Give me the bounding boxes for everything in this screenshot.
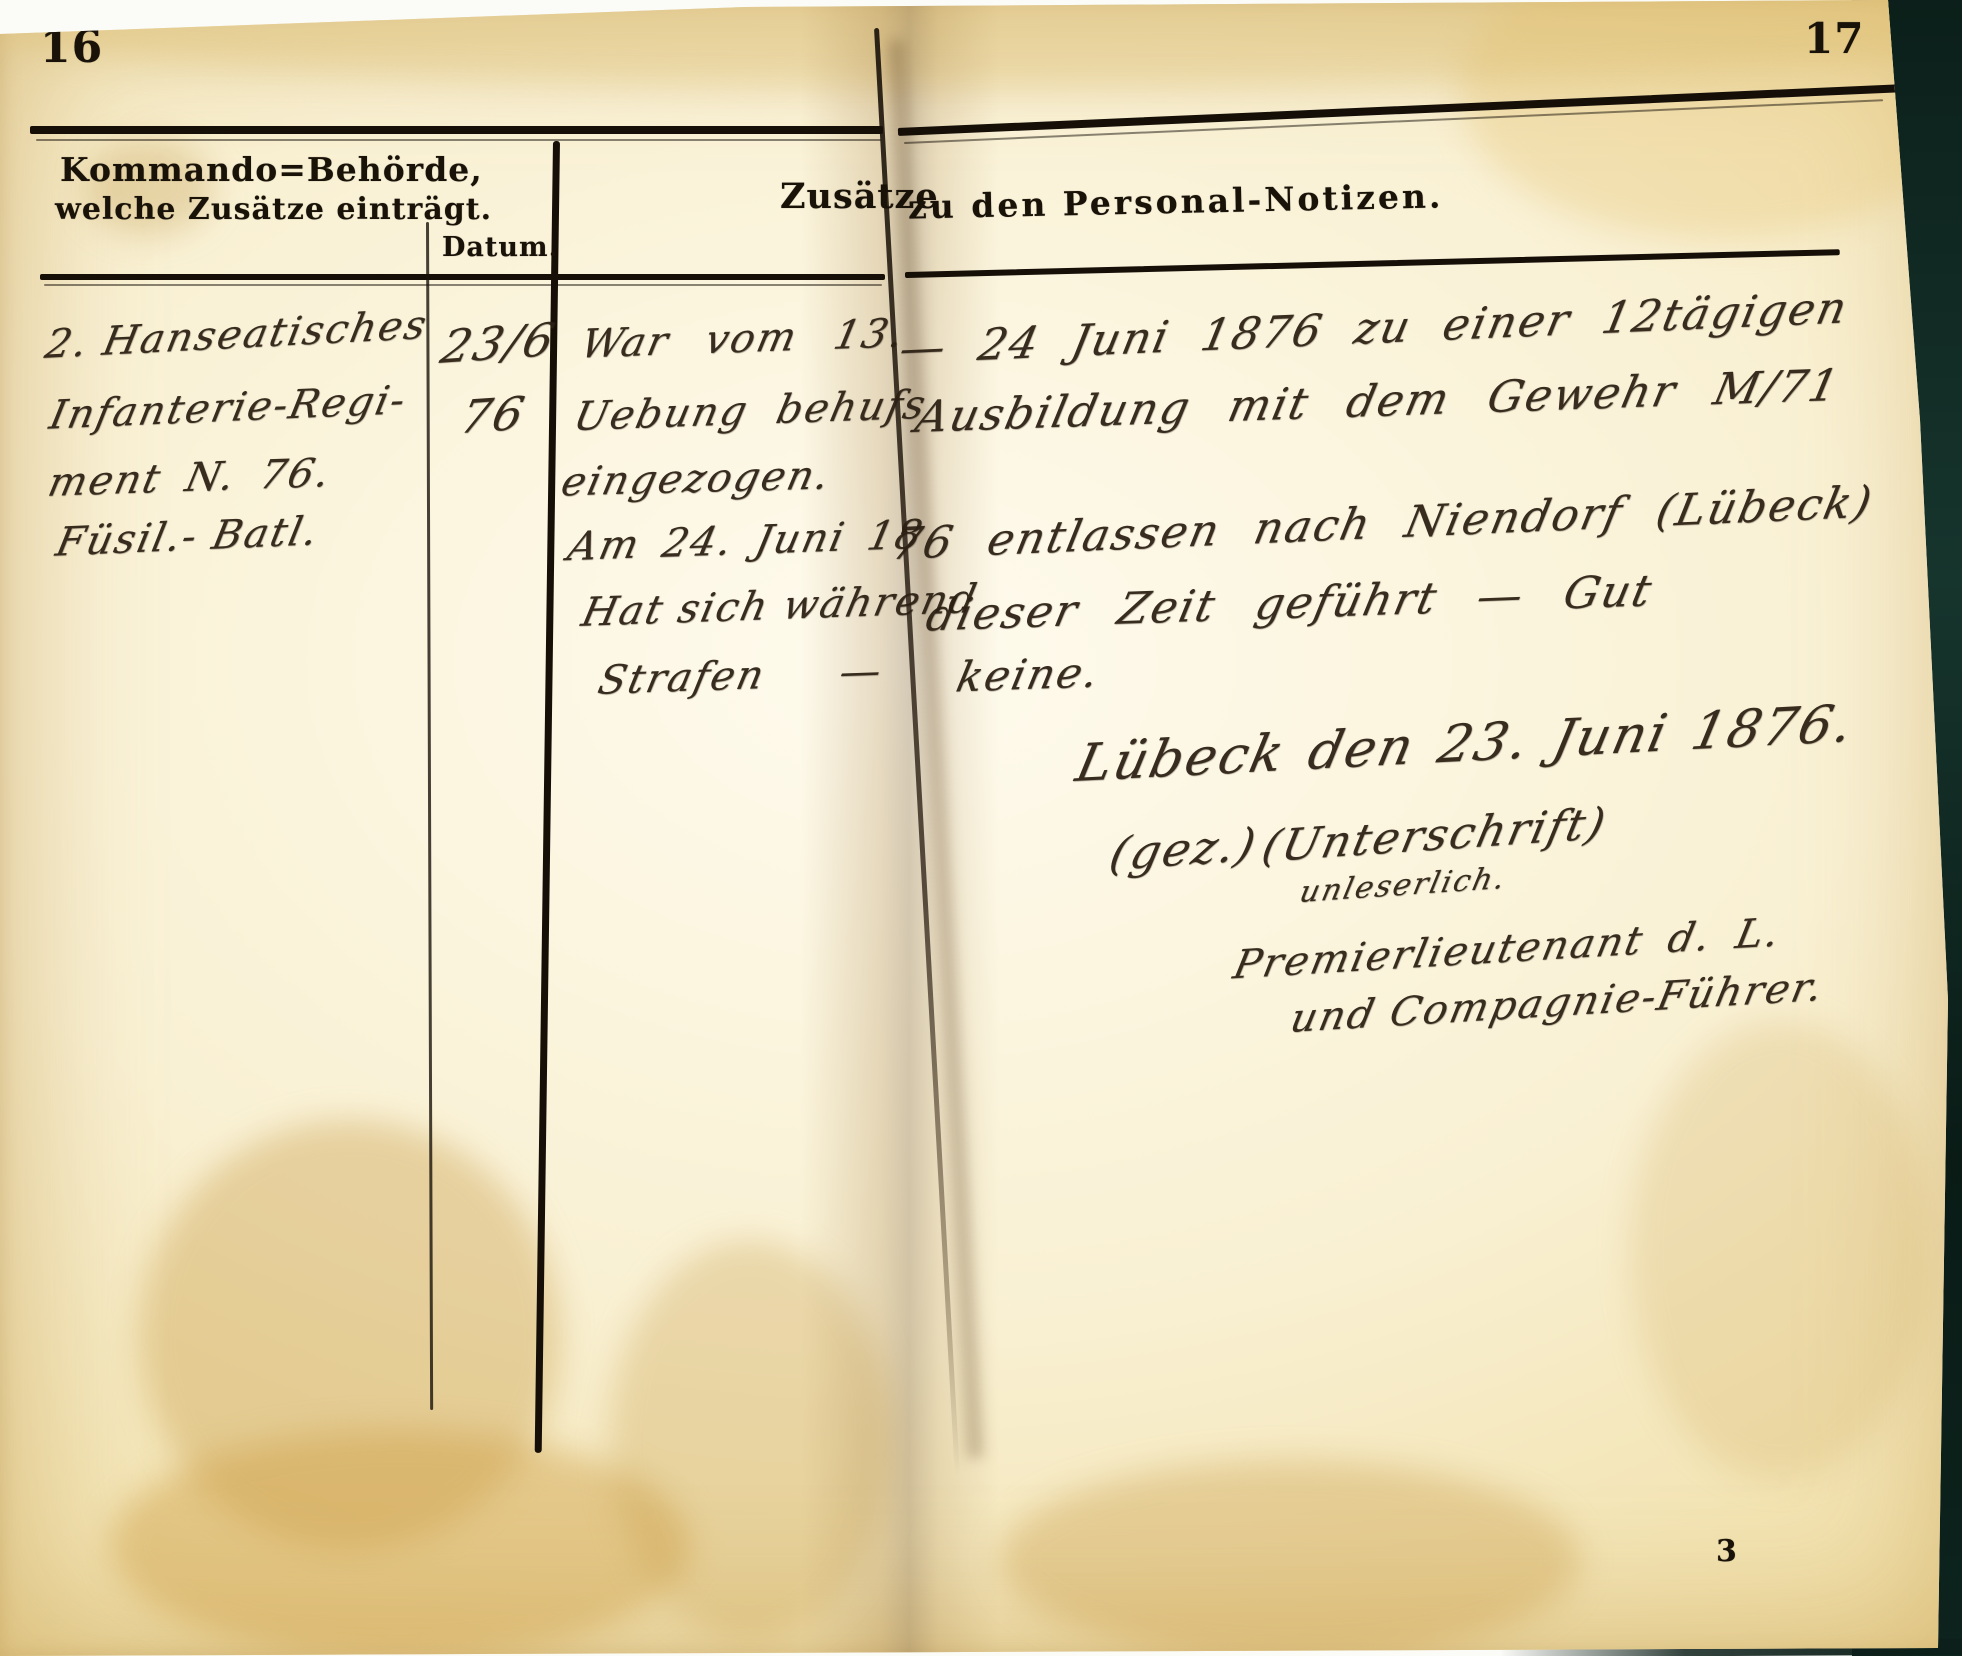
handwriting-authority-line: Infanterie-Regi-	[46, 377, 411, 438]
paper-stain	[110, 1430, 690, 1656]
datum-header: Datum.	[442, 232, 559, 263]
handwriting-date: 76	[456, 386, 531, 444]
handwriting-note-line: — 24 Juni 1876 zu einer 12tägigen	[895, 283, 1853, 375]
handwriting-zusatz-line: eingezogen.	[557, 453, 835, 506]
handwriting-gez: (gez.)	[1105, 817, 1263, 881]
page-number-left: 16	[40, 22, 103, 73]
handwriting-note-line: dieser Zeit geführt — Gut	[922, 565, 1658, 641]
left-top-rule-thin	[36, 139, 881, 141]
handwriting-note-line: keine.	[952, 648, 1105, 702]
handwriting-authority-line: Füsil.- Batl.	[52, 508, 323, 565]
handwriting-note-line: 76 entlassen nach Niendorf (Lübeck)	[888, 477, 1878, 570]
handwriting-dateline: Lübeck den 23. Juni 1876.	[1071, 694, 1860, 794]
paper-stain	[1630, 1020, 1930, 1480]
left-header-rule-thin	[44, 284, 882, 286]
paper-stain	[1000, 1460, 1580, 1656]
page-number-right: 17	[1804, 14, 1864, 63]
authority-header-line2: welche Zusätze einträgt.	[55, 192, 355, 227]
handwriting-unterschrift: (Unterschrift)	[1258, 798, 1612, 872]
handwriting-note-line: Ausbildung mit dem Gewehr M/71	[911, 360, 1845, 443]
left-top-rule	[30, 126, 883, 134]
authority-header-line1: Kommando=Behörde,	[60, 150, 350, 189]
handwriting-unleserlich: unleserlich.	[1296, 861, 1509, 910]
paper-spread: 16 Kommando=Behörde, welche Zusätze eint…	[0, 0, 1962, 1656]
sheet-mark: 3	[1716, 1534, 1738, 1569]
right-header-rule	[905, 249, 1840, 278]
handwriting-authority-line: ment N. 76.	[44, 450, 336, 506]
militaerpass-scan: 16 Kommando=Behörde, welche Zusätze eint…	[0, 0, 1962, 1656]
handwriting-authority-line: 2. Hanseatisches	[41, 302, 432, 368]
handwriting-date: 23/6	[436, 312, 561, 374]
left-header-rule	[40, 274, 885, 280]
